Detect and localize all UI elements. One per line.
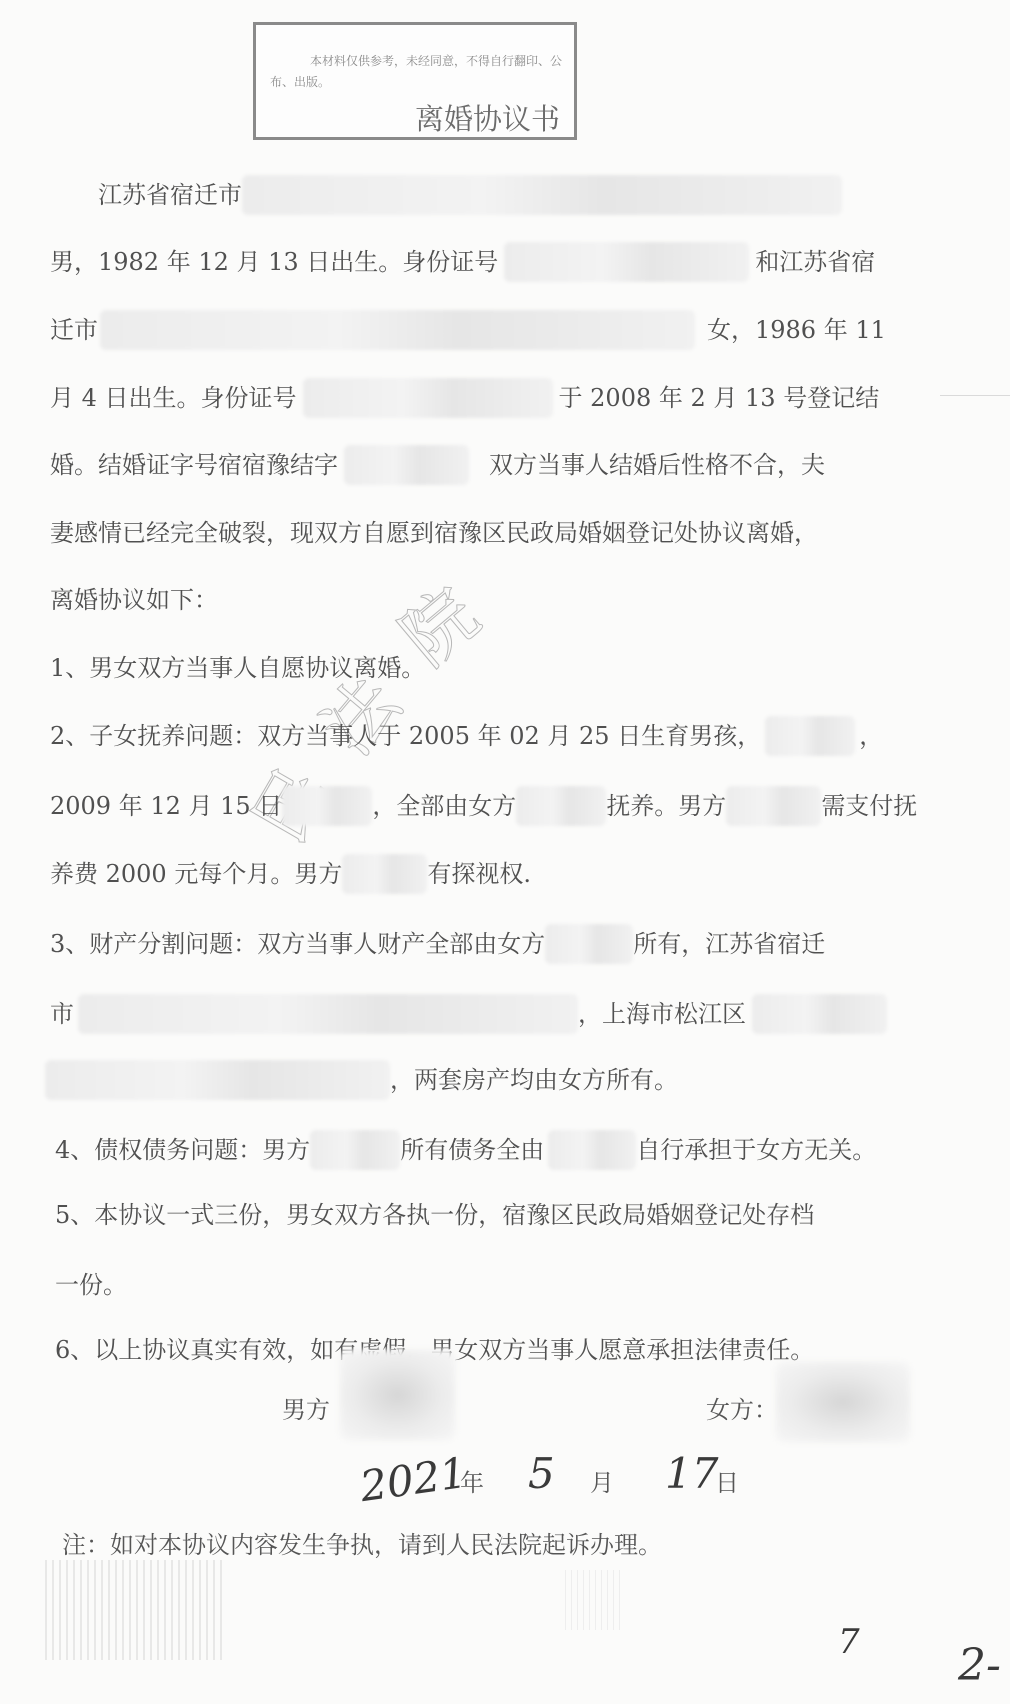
redacted-name: [342, 854, 427, 894]
party-line-2: 男，1982 年 12 月 13 日出生。身份证号 和江苏省宿: [50, 242, 875, 282]
redacted-name: [545, 924, 633, 964]
clause-2-line-1: 2、子女抚养问题：双方当事人于 2005 年 02 月 25 日生育男孩， ，: [50, 716, 883, 756]
faded-stamp-artifact: [565, 1570, 625, 1630]
redacted-name: [310, 1130, 400, 1170]
redacted-property-address: [752, 994, 887, 1034]
party-line-4: 月 4 日出生。身份证号 于 2008 年 2 月 13 号登记结: [50, 378, 879, 418]
party-line-3: 迁市 女，1986 年 11: [50, 310, 886, 350]
clause-3-line-3: ，两套房产均由女方所有。: [45, 1060, 678, 1100]
female-signature-label: 女方：: [706, 1390, 778, 1425]
clause-5-line-2: 一份。: [55, 1265, 127, 1305]
redacted-property-address: [78, 994, 578, 1034]
male-signature-label: 男方: [282, 1390, 330, 1425]
redacted-property-address: [45, 1060, 390, 1100]
party-line-5: 婚。结婚证字号宿宿豫结字 双方当事人结婚后性格不合，夫: [50, 445, 825, 485]
handwritten-year: 2021: [357, 1448, 470, 1511]
clause-3-line-1: 3、财产分割问题：双方当事人财产全部由女方 所有，江苏省宿迁: [50, 924, 825, 964]
redacted-name: [548, 1130, 636, 1170]
clause-3-line-2: 市 ，上海市松江区: [50, 994, 887, 1034]
redacted-id-number: [504, 242, 749, 282]
scan-line-artifact: [940, 395, 1010, 396]
signing-date: 2021 年 5 月 17 日: [360, 1445, 780, 1515]
redacted-address-name: [100, 310, 695, 350]
handwritten-mark: 7: [838, 1622, 860, 1662]
clause-2-line-2: 2009 年 12 月 15 日 ，全部由女方 抚养。男方 需支付抚: [50, 786, 917, 826]
redacted-certificate-number: [344, 445, 469, 485]
day-label: 日: [715, 1463, 739, 1498]
clause-2-line-3: 养费 2000 元每个月。男方 有探视权.: [50, 854, 531, 894]
document-title: 离婚协议书: [415, 97, 560, 138]
clause-1: 1、男女双方当事人自愿协议离婚。: [50, 648, 425, 688]
redacted-address: [242, 175, 842, 215]
year-label: 年: [460, 1463, 484, 1498]
agreement-intro: 离婚协议如下：: [50, 580, 218, 620]
notice-box: 本材料仅供参考，未经同意，不得自行翻印、公布、出版。 离婚协议书: [253, 22, 577, 140]
copyright-notice: 本材料仅供参考，未经同意，不得自行翻印、公布、出版。: [270, 51, 570, 93]
redacted-male-signature: [340, 1350, 455, 1440]
redacted-id-number: [303, 378, 553, 418]
clause-5-line-1: 5、本协议一式三份，男女双方各执一份，宿豫区民政局婚姻登记处存档: [55, 1195, 814, 1235]
dispute-note: 注：如对本协议内容发生争执，请到人民法院起诉办理。: [62, 1525, 662, 1565]
clause-4: 4、债权债务问题：男方 所有债务全由 自行承担于女方无关。: [55, 1130, 876, 1170]
handwritten-day: 17: [665, 1449, 718, 1498]
redacted-child-name: [765, 716, 855, 756]
month-label: 月: [590, 1463, 614, 1498]
handwritten-month: 5: [528, 1449, 555, 1498]
faded-stamp-artifact: [45, 1560, 225, 1660]
party-line-1: 江苏省宿迁市: [98, 175, 842, 215]
redacted-female-signature: [776, 1362, 910, 1442]
redacted-name: [726, 786, 821, 826]
party-line-6: 妻感情已经完全破裂，现双方自愿到宿豫区民政局婚姻登记处协议离婚，: [50, 513, 818, 553]
redacted-name: [516, 786, 606, 826]
handwritten-page-number: 2-: [958, 1640, 1001, 1691]
redacted-text: [282, 786, 372, 826]
